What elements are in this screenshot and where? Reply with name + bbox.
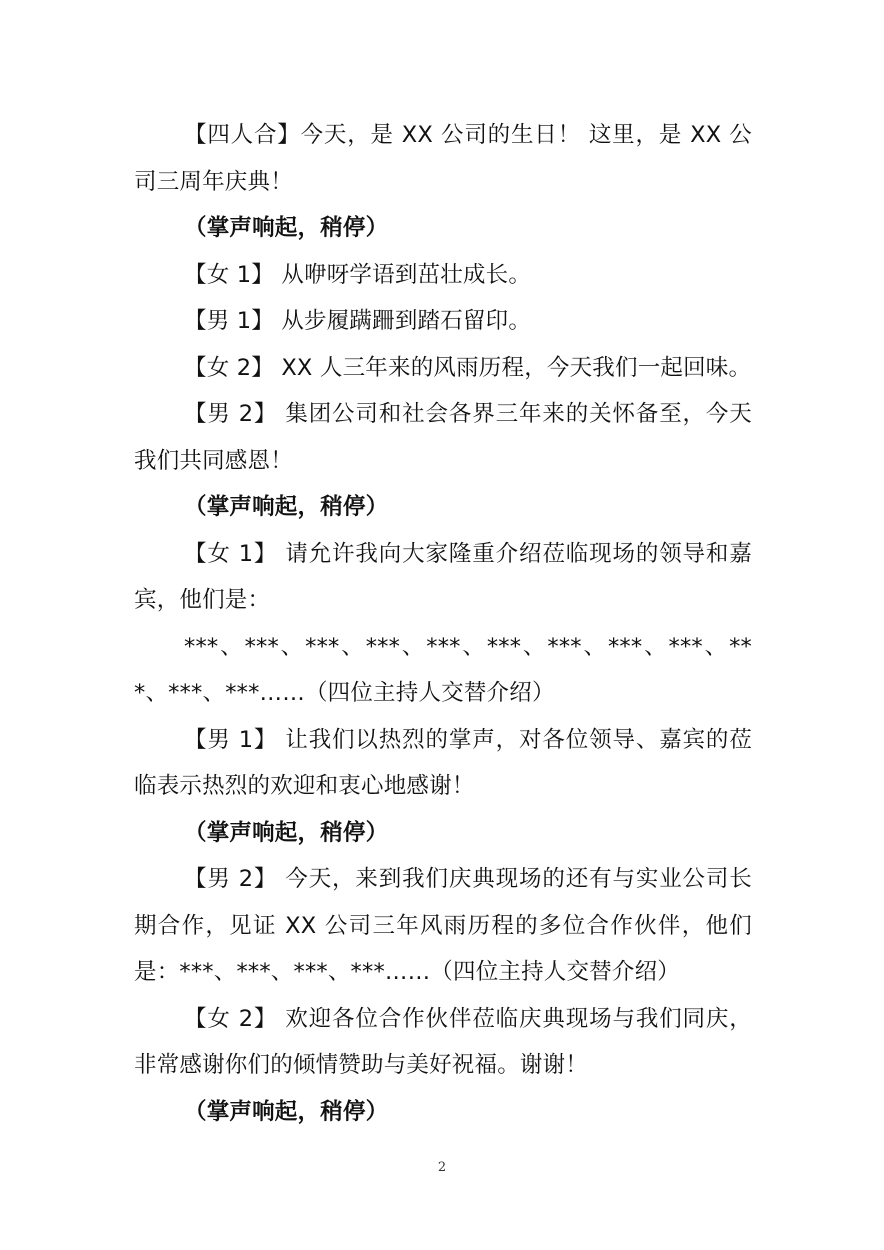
stage-direction-applause: （掌声响起，稍停）	[134, 484, 752, 531]
stage-direction-applause: （掌声响起，稍停）	[134, 810, 752, 857]
document-body: 【四人合】今天，是 XX 公司的生日！ 这里，是 XX 公司三周年庆典！ （掌声…	[134, 112, 752, 1135]
paragraph-male-1-welcome: 【男 1】 让我们以热烈的掌声，对各位领导、嘉宾的莅临表示热烈的欢迎和衷心地感谢…	[134, 717, 752, 810]
paragraph-female-1-introduction: 【女 1】 请允许我向大家隆重介绍莅临现场的领导和嘉宾，他们是：	[134, 531, 752, 624]
paragraph-male-2-partners: 【男 2】 今天，来到我们庆典现场的还有与实业公司长期合作，见证 XX 公司三年…	[134, 856, 752, 996]
stage-direction-applause: （掌声响起，稍停）	[134, 1089, 752, 1136]
page-number: 2	[0, 1160, 884, 1175]
paragraph-female-2: 【女 2】 XX 人三年来的风雨历程，今天我们一起回味。	[134, 345, 752, 392]
stage-direction-applause: （掌声响起，稍停）	[134, 205, 752, 252]
paragraph-female-1: 【女 1】 从咿呀学语到茁壮成长。	[134, 252, 752, 299]
paragraph-female-2-thanks: 【女 2】 欢迎各位合作伙伴莅临庆典现场与我们同庆，非常感谢你们的倾情赞助与美好…	[134, 996, 752, 1089]
paragraph-male-1: 【男 1】 从步履蹒跚到踏石留印。	[134, 298, 752, 345]
paragraph-four-hosts-opening: 【四人合】今天，是 XX 公司的生日！ 这里，是 XX 公司三周年庆典！	[134, 112, 752, 205]
paragraph-male-2: 【男 2】 集团公司和社会各界三年来的关怀备至，今天我们共同感恩！	[134, 391, 752, 484]
paragraph-guest-list: ***、***、***、***、***、***、***、***、***、***、…	[134, 624, 752, 717]
